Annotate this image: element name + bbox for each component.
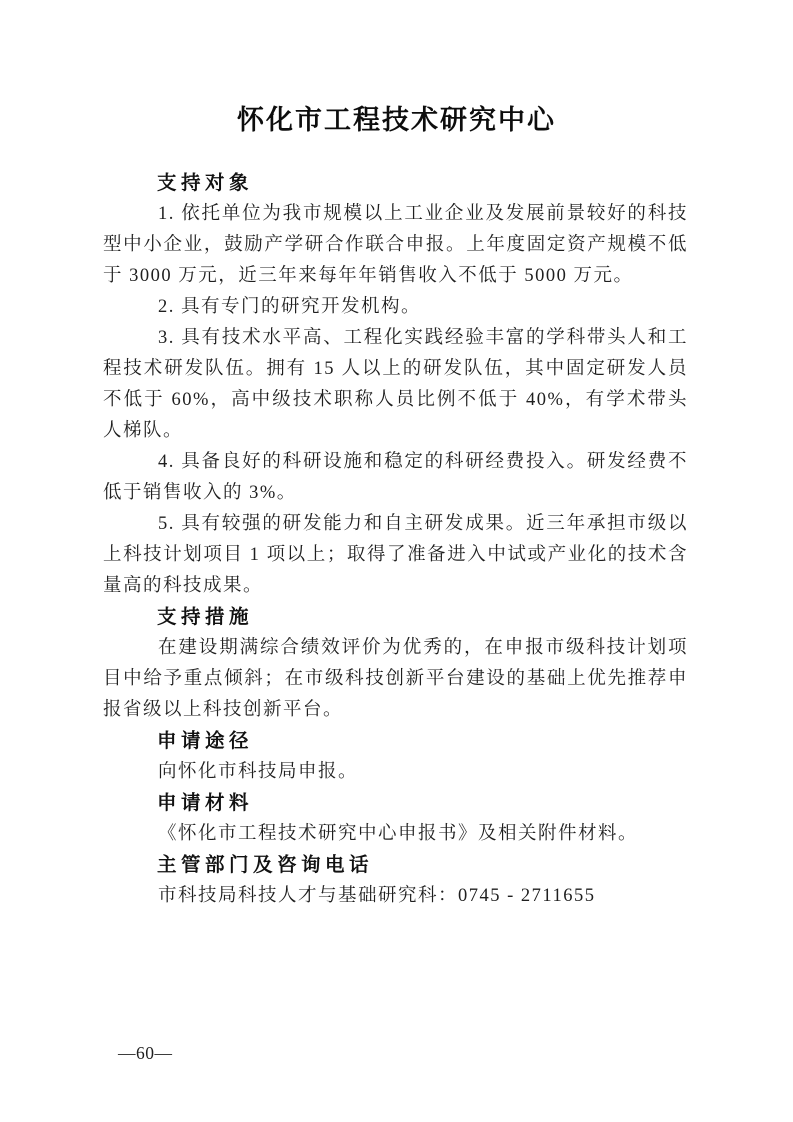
paragraph: 5. 具有较强的研发能力和自主研发成果。近三年承担市级以上科技计划项目 1 项以… <box>103 509 688 602</box>
paragraph: 3. 具有技术水平高、工程化实践经验丰富的学科带头人和工程技术研发队伍。拥有 1… <box>103 323 688 447</box>
paragraph: 向怀化市科技局申报。 <box>103 757 688 788</box>
page-number: —60— <box>118 1040 173 1066</box>
paragraph: 《怀化市工程技术研究中心申报书》及相关附件材料。 <box>103 819 688 850</box>
section-heading: 支持措施 <box>103 602 688 633</box>
document-page: 怀化市工程技术研究中心 支持对象1. 依托单位为我市规模以上工业企业及发展前景较… <box>0 0 793 1122</box>
paragraph: 2. 具有专门的研究开发机构。 <box>103 292 688 323</box>
section-heading: 申请途径 <box>103 726 688 757</box>
section-heading: 申请材料 <box>103 788 688 819</box>
section-heading: 主管部门及咨询电话 <box>103 850 688 881</box>
paragraph: 4. 具备良好的科研设施和稳定的科研经费投入。研发经费不低于销售收入的 3%。 <box>103 447 688 509</box>
document-title: 怀化市工程技术研究中心 <box>0 100 793 140</box>
paragraph: 在建设期满综合绩效评价为优秀的，在申报市级科技计划项目中给予重点倾斜；在市级科技… <box>103 633 688 726</box>
section-heading: 支持对象 <box>103 168 688 199</box>
paragraph: 市科技局科技人才与基础研究科：0745 - 2711655 <box>103 881 688 912</box>
document-content: 支持对象1. 依托单位为我市规模以上工业企业及发展前景较好的科技型中小企业，鼓励… <box>103 168 688 912</box>
paragraph: 1. 依托单位为我市规模以上工业企业及发展前景较好的科技型中小企业，鼓励产学研合… <box>103 199 688 292</box>
